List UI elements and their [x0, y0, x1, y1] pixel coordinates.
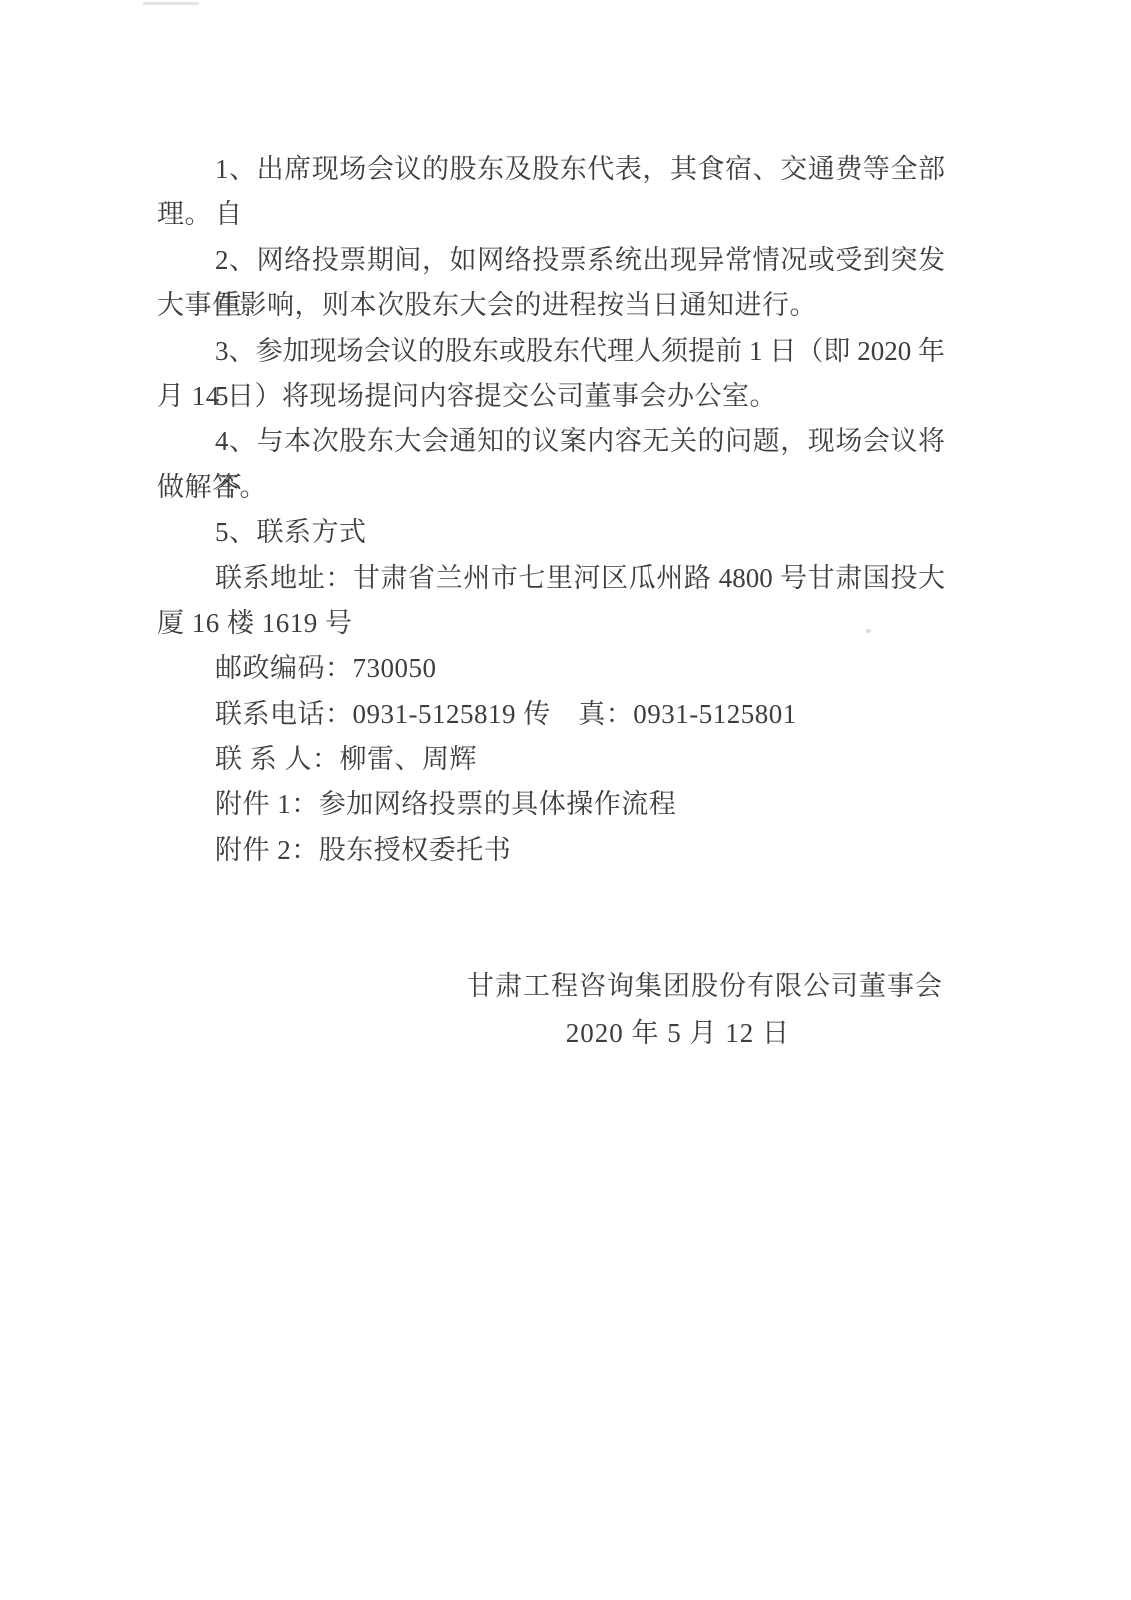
para2-line1: 2、网络投票期间，如网络投票系统出现异常情况或受到突发重 — [157, 238, 945, 283]
contact-persons: 联 系 人：柳雷、周辉 — [157, 737, 945, 782]
document-page: 1、出席现场会议的股东及股东代表，其食宿、交通费等全部自 理。 2、网络投票期间… — [0, 0, 1131, 1600]
contact-address-line2: 厦 16 楼 1619 号 — [157, 601, 945, 646]
scan-artifact-streak — [143, 2, 199, 5]
para3-line1: 3、参加现场会议的股东或股东代理人须提前 1 日（即 2020 年 5 — [157, 329, 945, 374]
para4-line1: 4、与本次股东大会通知的议案内容无关的问题，现场会议将不 — [157, 419, 945, 464]
attachment-1: 附件 1：参加网络投票的具体操作流程 — [157, 782, 945, 827]
contact-address-line1: 联系地址：甘肃省兰州市七里河区瓜州路 4800 号甘肃国投大 — [157, 556, 945, 601]
contact-postal-code: 邮政编码：730050 — [157, 646, 945, 691]
para4-line2: 做解答。 — [157, 465, 945, 510]
para1-line2: 理。 — [157, 192, 945, 237]
para1-line1: 1、出席现场会议的股东及股东代表，其食宿、交通费等全部自 — [157, 147, 945, 192]
para2-line2: 大事件影响，则本次股东大会的进程按当日通知进行。 — [157, 283, 945, 328]
signature-company: 甘肃工程咨询集团股份有限公司董事会 — [0, 963, 943, 1009]
contact-phone-fax: 联系电话：0931-5125819 传 真：0931-5125801 — [157, 692, 945, 737]
notice-body: 1、出席现场会议的股东及股东代表，其食宿、交通费等全部自 理。 2、网络投票期间… — [157, 147, 945, 873]
attachment-2: 附件 2：股东授权委托书 — [157, 828, 945, 873]
contact-heading: 5、联系方式 — [157, 510, 945, 555]
para3-line2: 月 14 日）将现场提问内容提交公司董事会办公室。 — [157, 374, 945, 419]
signature-date: 2020 年 5 月 12 日 — [0, 1010, 790, 1056]
